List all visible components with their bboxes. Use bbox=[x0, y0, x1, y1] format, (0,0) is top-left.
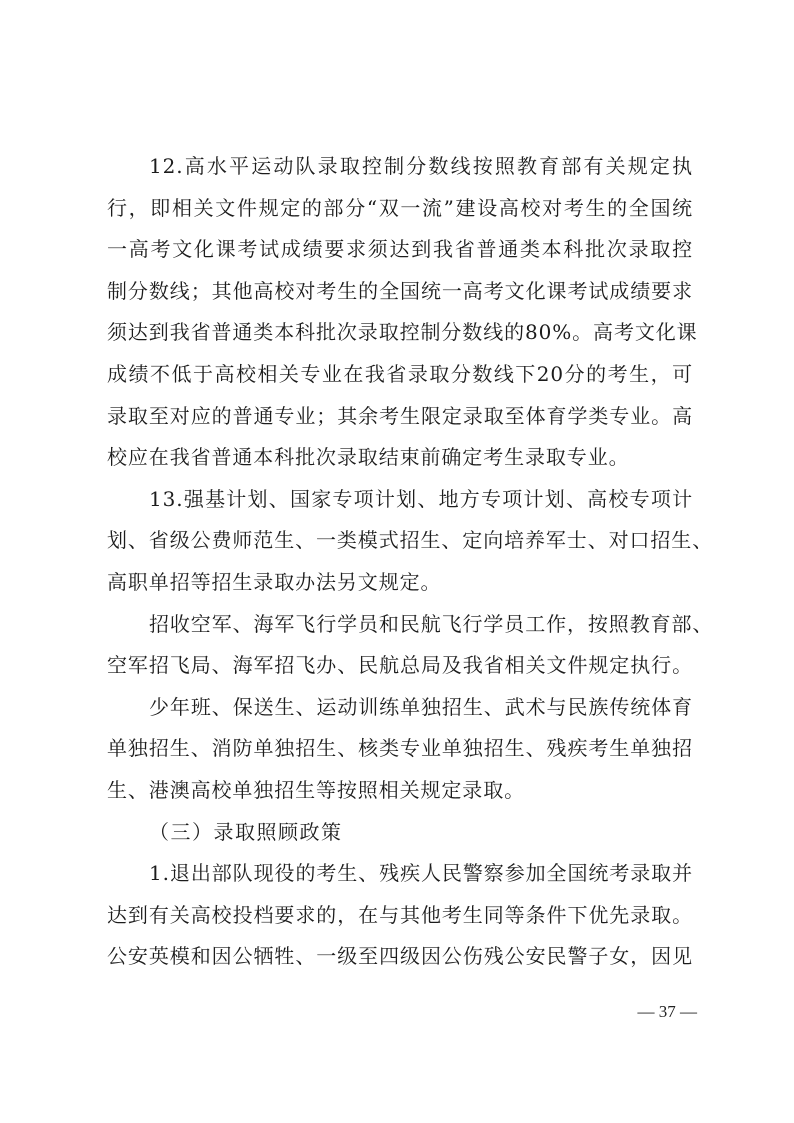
text-line: 制分数线；其他高校对考生的全国统一高考文化课考试成绩要求 bbox=[107, 271, 693, 313]
text-line: 达到有关高校投档要求的，在与其他考生同等条件下优先录取。 bbox=[107, 895, 693, 937]
text-line: 一高考文化课考试成绩要求须达到我省普通类本科批次录取控 bbox=[107, 229, 693, 271]
document-page: 12.高水平运动队录取控制分数线按照教育部有关规定执 行，即相关文件规定的部分“… bbox=[0, 0, 794, 1123]
paragraph-item-13: 13.强基计划、国家专项计划、地方专项计划、高校专项计 划、省级公费师范生、一类… bbox=[107, 479, 693, 604]
body-text: 12.高水平运动队录取控制分数线按照教育部有关规定执 行，即相关文件规定的部分“… bbox=[107, 146, 693, 978]
text-line: 单独招生、消防单独招生、核类专业单独招生、残疾考生单独招 bbox=[107, 728, 693, 770]
paragraph-pilot-recruitment: 招收空军、海军飞行学员和民航飞行学员工作，按照教育部、 空军招飞局、海军招飞办、… bbox=[107, 604, 693, 687]
text-line: 校应在我省普通本科批次录取结束前确定考生录取专业。 bbox=[107, 437, 693, 479]
text-line: 录取至对应的普通专业；其余考生限定录取至体育学类专业。高 bbox=[107, 396, 693, 438]
text-line: 公安英模和因公牺牲、一级至四级因公伤残公安民警子女，因见 bbox=[107, 936, 693, 978]
paragraph-special-admissions: 少年班、保送生、运动训练单独招生、武术与民族传统体育 单独招生、消防单独招生、核… bbox=[107, 687, 693, 812]
text-line: 高职单招等招生录取办法另文规定。 bbox=[107, 562, 693, 604]
heading-text: （三）录取照顾政策 bbox=[107, 812, 693, 854]
text-line: 少年班、保送生、运动训练单独招生、武术与民族传统体育 bbox=[107, 687, 693, 729]
paragraph-item-12: 12.高水平运动队录取控制分数线按照教育部有关规定执 行，即相关文件规定的部分“… bbox=[107, 146, 693, 479]
section-heading: （三）录取照顾政策 bbox=[107, 812, 693, 854]
text-line: 空军招飞局、海军招飞办、民航总局及我省相关文件规定执行。 bbox=[107, 645, 693, 687]
text-line: 行，即相关文件规定的部分“双一流”建设高校对考生的全国统 bbox=[107, 188, 693, 230]
text-line: 1.退出部队现役的考生、残疾人民警察参加全国统考录取并 bbox=[107, 853, 693, 895]
text-line: 成绩不低于高校相关专业在我省录取分数线下20分的考生，可 bbox=[107, 354, 693, 396]
text-line: 生、港澳高校单独招生等按照相关规定录取。 bbox=[107, 770, 693, 812]
text-line: 招收空军、海军飞行学员和民航飞行学员工作，按照教育部、 bbox=[107, 604, 693, 646]
text-line: 划、省级公费师范生、一类模式招生、定向培养军士、对口招生、 bbox=[107, 520, 693, 562]
text-line: 须达到我省普通类本科批次录取控制分数线的80%。高考文化课 bbox=[107, 312, 693, 354]
text-line: 13.强基计划、国家专项计划、地方专项计划、高校专项计 bbox=[107, 479, 693, 521]
text-line: 12.高水平运动队录取控制分数线按照教育部有关规定执 bbox=[107, 146, 693, 188]
page-number: — 37 — bbox=[615, 1000, 697, 1024]
paragraph-care-item-1: 1.退出部队现役的考生、残疾人民警察参加全国统考录取并 达到有关高校投档要求的，… bbox=[107, 853, 693, 978]
